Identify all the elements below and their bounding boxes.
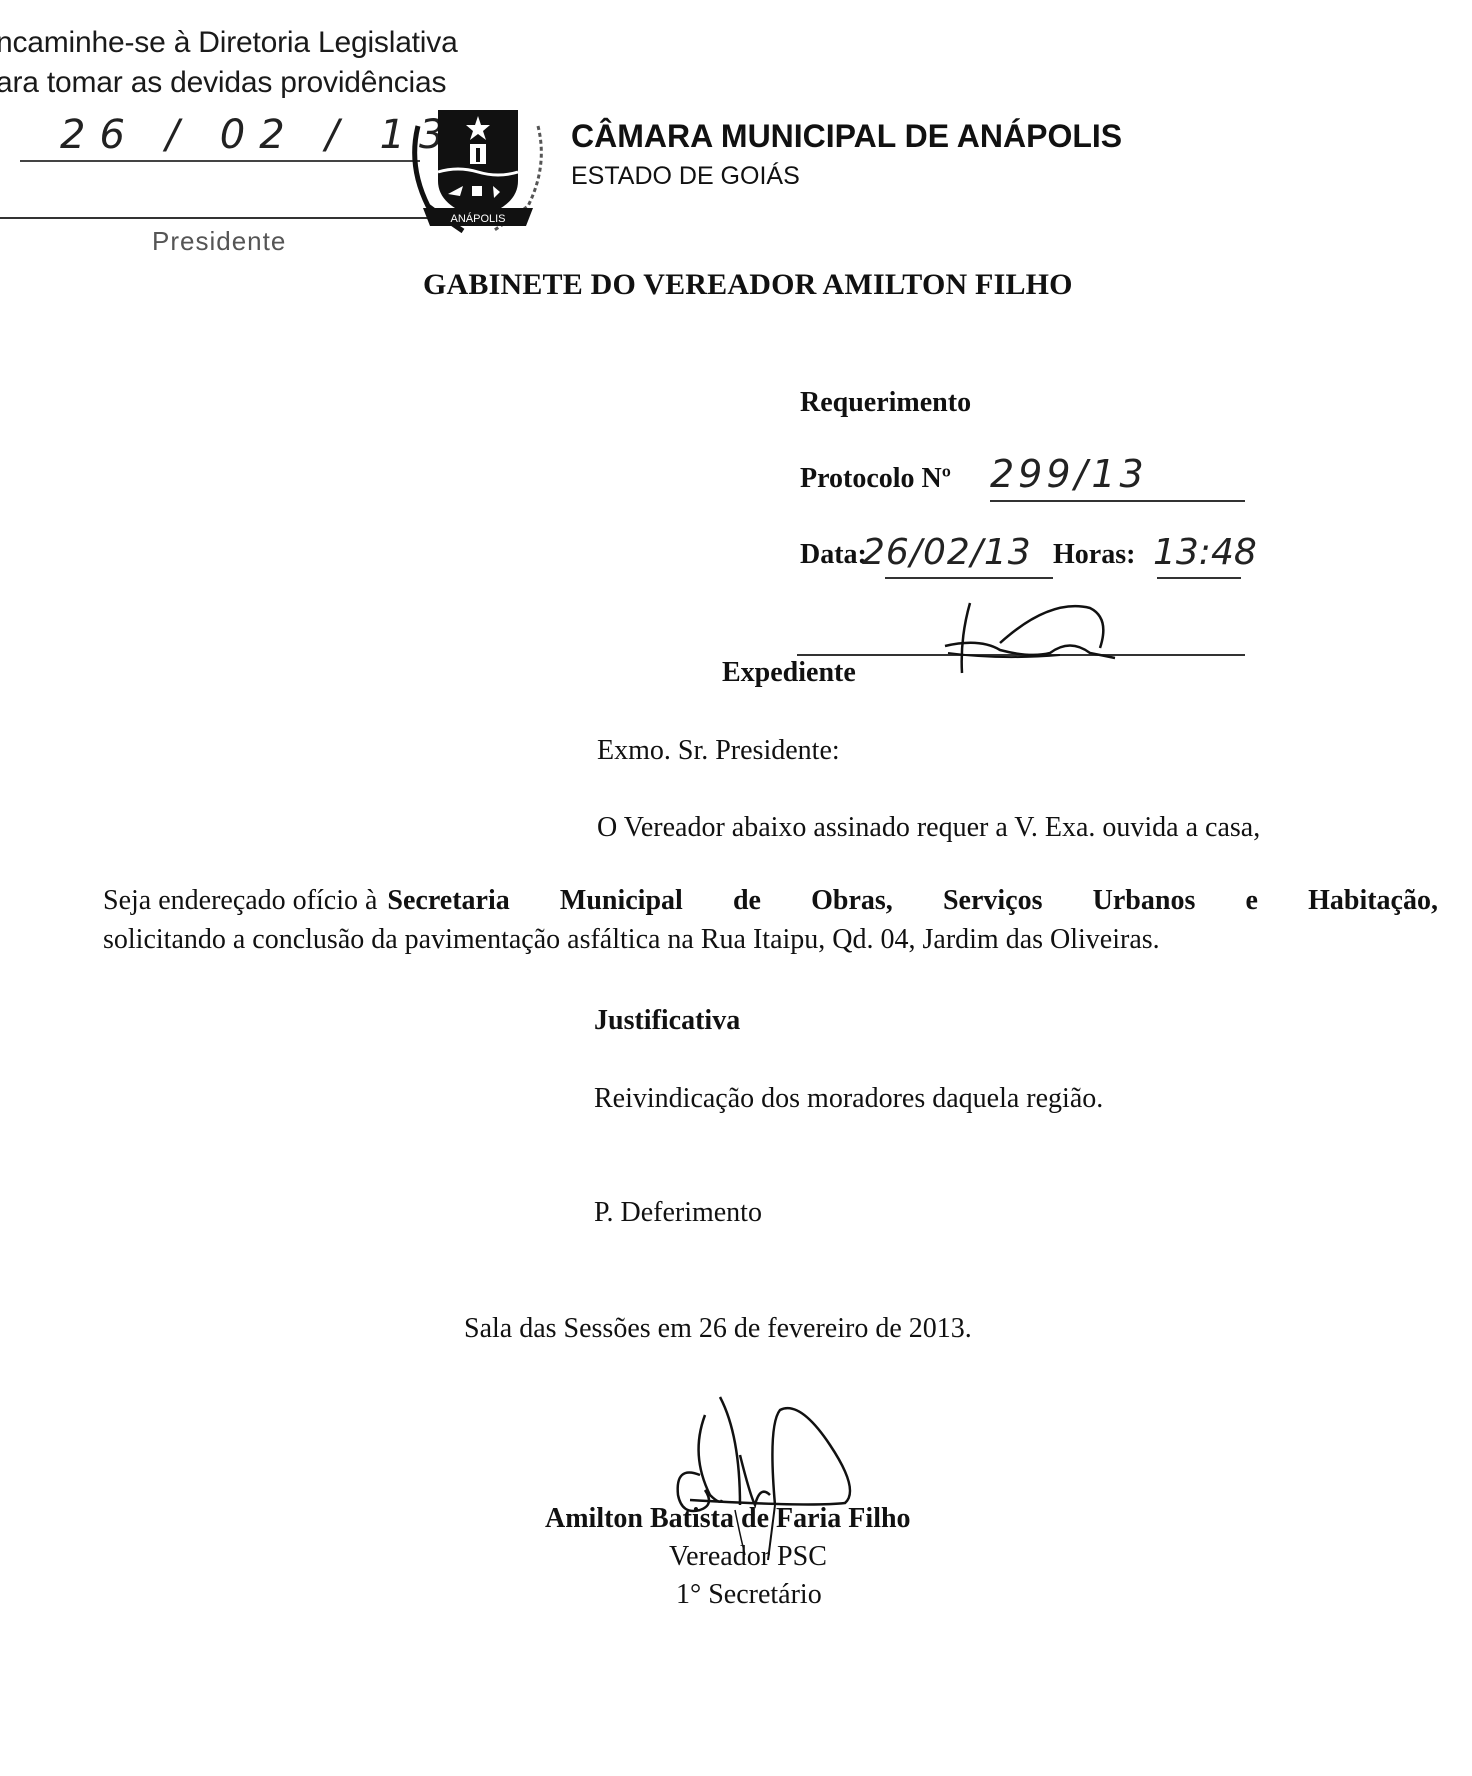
place-and-date: Sala das Sessões em 26 de fevereiro de 2… — [464, 1313, 972, 1345]
date-underline — [885, 577, 1053, 579]
svg-text:ANÁPOLIS: ANÁPOLIS — [450, 212, 505, 225]
request-line1: Seja endereçado ofício à Secretaria Muni… — [103, 885, 1438, 917]
state-name: ESTADO DE GOIÁS — [571, 162, 800, 191]
date-field: 26/02/13 — [862, 532, 1032, 573]
justification-title: Justificativa — [594, 1005, 740, 1037]
expediente-label: Expediente — [722, 657, 856, 689]
signatory-name: Amilton Batista de Faria Filho — [545, 1503, 911, 1535]
time-field: 13:48 — [1153, 532, 1257, 573]
stamp-handwritten-date: 26 / 02 / 13 — [60, 112, 459, 158]
stamp-president-label: Presidente — [152, 226, 286, 257]
salutation: Exmo. Sr. Presidente: — [597, 735, 840, 767]
stamp-signature-line — [0, 217, 460, 219]
protocol-underline — [990, 500, 1245, 502]
forwarding-stamp-line1: ncaminhe-se à Diretoria Legislativa — [0, 26, 458, 60]
time-label: Horas: — [1053, 539, 1135, 571]
document-type: Requerimento — [800, 387, 971, 419]
coat-of-arms-icon: ANÁPOLIS — [408, 96, 548, 236]
protocol-number-field: 299/13 — [990, 452, 1148, 496]
signatory-role: Vereador PSC — [669, 1541, 827, 1573]
request-recipient: Secretaria Municipal de Obras, Serviços … — [387, 885, 1438, 917]
request-line2: solicitando a conclusão da pavimentação … — [103, 924, 1160, 956]
date-label: Data: — [800, 539, 867, 571]
office-title: GABINETE DO VEREADOR AMILTON FILHO — [423, 268, 1073, 302]
intro-text: O Vereador abaixo assinado requer a V. E… — [597, 812, 1260, 844]
closing-text: P. Deferimento — [594, 1197, 762, 1229]
justification-text: Reivindicação dos moradores daquela regi… — [594, 1083, 1103, 1115]
time-underline — [1157, 577, 1241, 579]
signatory-position: 1° Secretário — [676, 1579, 822, 1611]
protocol-label: Protocolo Nº — [800, 463, 951, 495]
organization-name: CÂMARA MUNICIPAL DE ANÁPOLIS — [571, 118, 1122, 155]
request-prefix: Seja endereçado ofício à — [103, 885, 377, 917]
forwarding-stamp-line2: ara tomar as devidas providências — [0, 66, 446, 100]
stamp-date-line — [20, 160, 420, 162]
expediente-signature-icon — [940, 598, 1130, 683]
